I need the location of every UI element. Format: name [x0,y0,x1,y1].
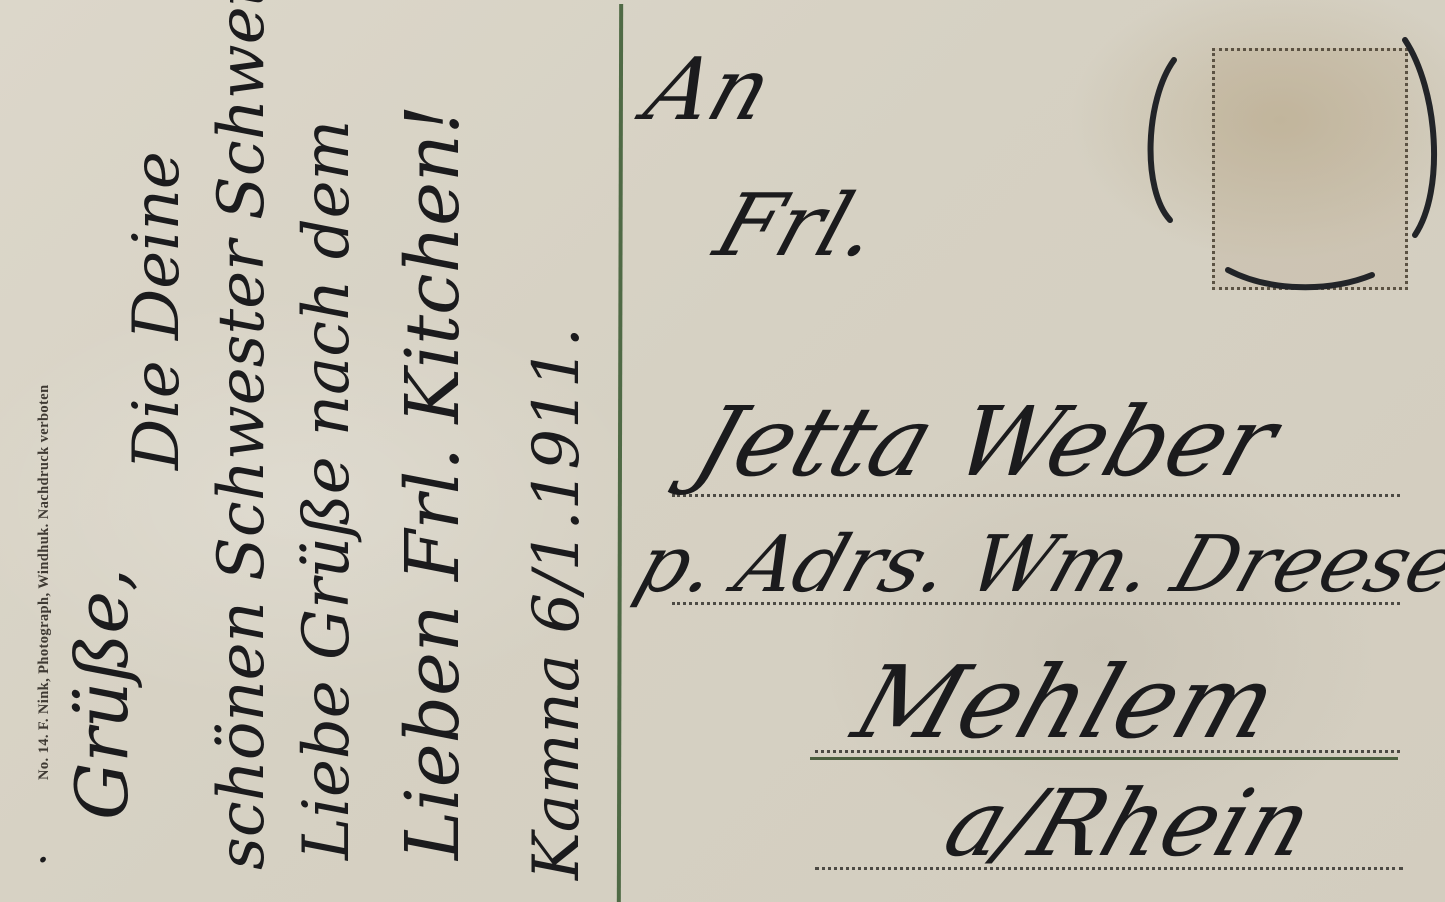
publisher-imprint: No. 14. F. Nink, Photograph, Windhuk. Na… [36,384,53,780]
message-line-3: Die Deine [120,151,194,470]
message-line-4: Grüße, [60,568,144,820]
message-line-2: schönen Schwester Schwetz [205,0,279,870]
message-greeting: Lieben Frl. Kitchen! [390,105,476,860]
address-title: Frl. [704,176,892,276]
message-closing-mark: . [36,822,50,873]
address-name: Jetta Weber [682,386,1290,498]
postmark-icon [1140,20,1445,300]
message-place-date: Kamna 6/1.1911. [520,327,594,880]
address-town: Mehlem [841,644,1291,761]
address-region: a/Rhein [933,770,1325,877]
postcard-back: No. 14. F. Nink, Photograph, Windhuk. Na… [0,0,1445,902]
address-care-of: p. Adrs. Wm. Dreeser [625,520,1445,610]
center-divider-line [617,4,623,902]
address-salutation: An [634,40,784,140]
message-line-1: Liebe Grüße nach dem [290,120,364,860]
